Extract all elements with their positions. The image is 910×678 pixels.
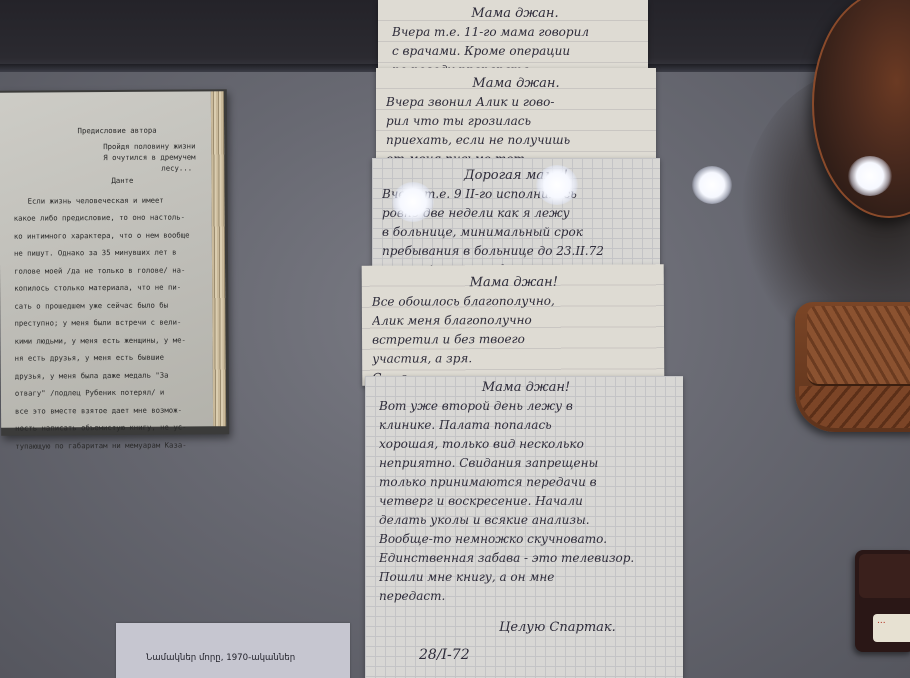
letter-1: Мама джан. Вчера т.е. 11-го мама говорил… xyxy=(378,0,648,72)
epigraph-line: Пройдя половину жизни xyxy=(103,140,207,152)
box-insert: ... xyxy=(873,614,910,642)
letter-4: Мама джан! Все обошлось благополучно, Ал… xyxy=(362,264,665,386)
letter-5: Мама джан! Вот уже второй день лежу в кл… xyxy=(365,376,683,678)
letter-greeting: Мама джан! xyxy=(372,274,656,290)
book-line: преступно; у меня были встречи с вели- xyxy=(14,313,208,332)
letter-2: Мама джан. Вчера звонил Алик и гово- рил… xyxy=(376,68,656,163)
letter-line: участия, а зря. xyxy=(372,348,656,368)
letter-line: пребывания в больнице до 23.II.72 xyxy=(382,242,650,261)
tooled-leather-pouch xyxy=(795,302,910,432)
letter-line: Вообще-то немножко скучновато. xyxy=(379,530,673,549)
letter-line: Вчера т.е. 11-го мама говорил xyxy=(392,23,638,42)
book-page: Предисловие автора Пройдя половину жизни… xyxy=(0,91,213,427)
book-line: сать о прошедшем уже сейчас было бы xyxy=(14,296,208,315)
epigraph-author: Данте xyxy=(37,173,207,188)
letter-line: неприятно. Свидания запрещены xyxy=(379,454,673,473)
letter-line: Единственная забава - это телевизор. xyxy=(379,549,673,568)
letter-line: Вот уже второй день лежу в xyxy=(379,397,673,416)
book-line: не пишут. Однако за 35 минувших лет в xyxy=(14,243,208,262)
book-text: Предисловие автора Пройдя половину жизни… xyxy=(13,121,209,454)
pouch-flap xyxy=(807,306,910,386)
book-line: ня есть друзья, у меня есть бывшие xyxy=(15,348,209,367)
book-line: Если жизнь человеческая и имеет xyxy=(28,191,208,210)
letter-greeting: Мама джан. xyxy=(386,76,646,91)
letter-greeting: Дорогая мама! xyxy=(382,168,650,183)
light-reflection xyxy=(848,156,892,196)
light-reflection xyxy=(536,165,578,205)
letter-line: рил что ты грозилась xyxy=(386,112,646,131)
book-line: голове моей /да не только в голове/ на- xyxy=(14,261,208,280)
letter-line: клинике. Палата попалась xyxy=(379,416,673,435)
book-line: отвагу" /подлец Рубеник потерял/ и xyxy=(15,383,209,402)
pouch-body xyxy=(799,386,910,428)
letter-line: Пошли мне книгу, а он мне xyxy=(379,568,673,587)
epigraph-line: лесу... xyxy=(161,162,207,173)
book-line: все это вместе взятое дает мне возмож- xyxy=(15,401,209,420)
box-lid xyxy=(859,554,910,598)
book-page-edges xyxy=(211,91,226,426)
book-line: кими людьми, у меня есть женщины, у ме- xyxy=(14,331,208,350)
letter-greeting: Мама джан! xyxy=(379,380,673,395)
letter-line: делать уколы и всякие анализы. xyxy=(379,511,673,530)
letter-line: Вчера звонил Алик и гово- xyxy=(386,93,646,112)
book-line: тупающую по габаритам ни мемуарам Каза- xyxy=(15,436,209,455)
book-line: друзья, у меня была даже медаль "За xyxy=(15,366,209,385)
letter-line: четверг и воскресение. Начали xyxy=(379,492,673,511)
letter-line: Все обошлось благополучно, xyxy=(372,291,656,311)
typed-memoir-book: Предисловие автора Пройдя половину жизни… xyxy=(0,89,229,436)
letter-line: передаст. xyxy=(379,587,673,606)
book-line: ко интимного характера, что о нем вообще xyxy=(14,226,208,245)
letter-line: в больнице, минимальный срок xyxy=(382,223,650,242)
letter-date: 28/I-72 xyxy=(419,647,673,663)
book-line: копилось столько материала, что не пи- xyxy=(14,278,208,297)
letter-signature: Целую Спартак. xyxy=(499,620,673,635)
book-title: Предисловие автора xyxy=(27,121,207,140)
museum-label-card: Նամակներ մորը, 1970-ականներ xyxy=(116,623,350,678)
book-line: ность написать объемистую книгу, не ус- xyxy=(15,418,209,437)
light-reflection xyxy=(392,182,434,222)
light-reflection xyxy=(692,166,732,204)
museum-label-text: Նամակներ մորը, 1970-ականներ xyxy=(146,653,295,663)
letter-line: с врачами. Кроме операции xyxy=(392,42,638,61)
letter-line: Алик меня благополучно xyxy=(372,310,656,330)
lacquered-box: ... xyxy=(855,550,910,652)
letter-line: приехать, если не получишь xyxy=(386,131,646,150)
letter-line: только принимаются передачи в xyxy=(379,473,673,492)
epigraph-line: Я очутился в дремучем xyxy=(103,151,207,163)
letter-greeting: Мама джан. xyxy=(392,6,638,21)
book-line: какое либо предисловие, то оно настоль- xyxy=(14,208,208,227)
letter-line: встретил и без твоего xyxy=(372,329,656,349)
letter-line: хорошая, только вид несколько xyxy=(379,435,673,454)
